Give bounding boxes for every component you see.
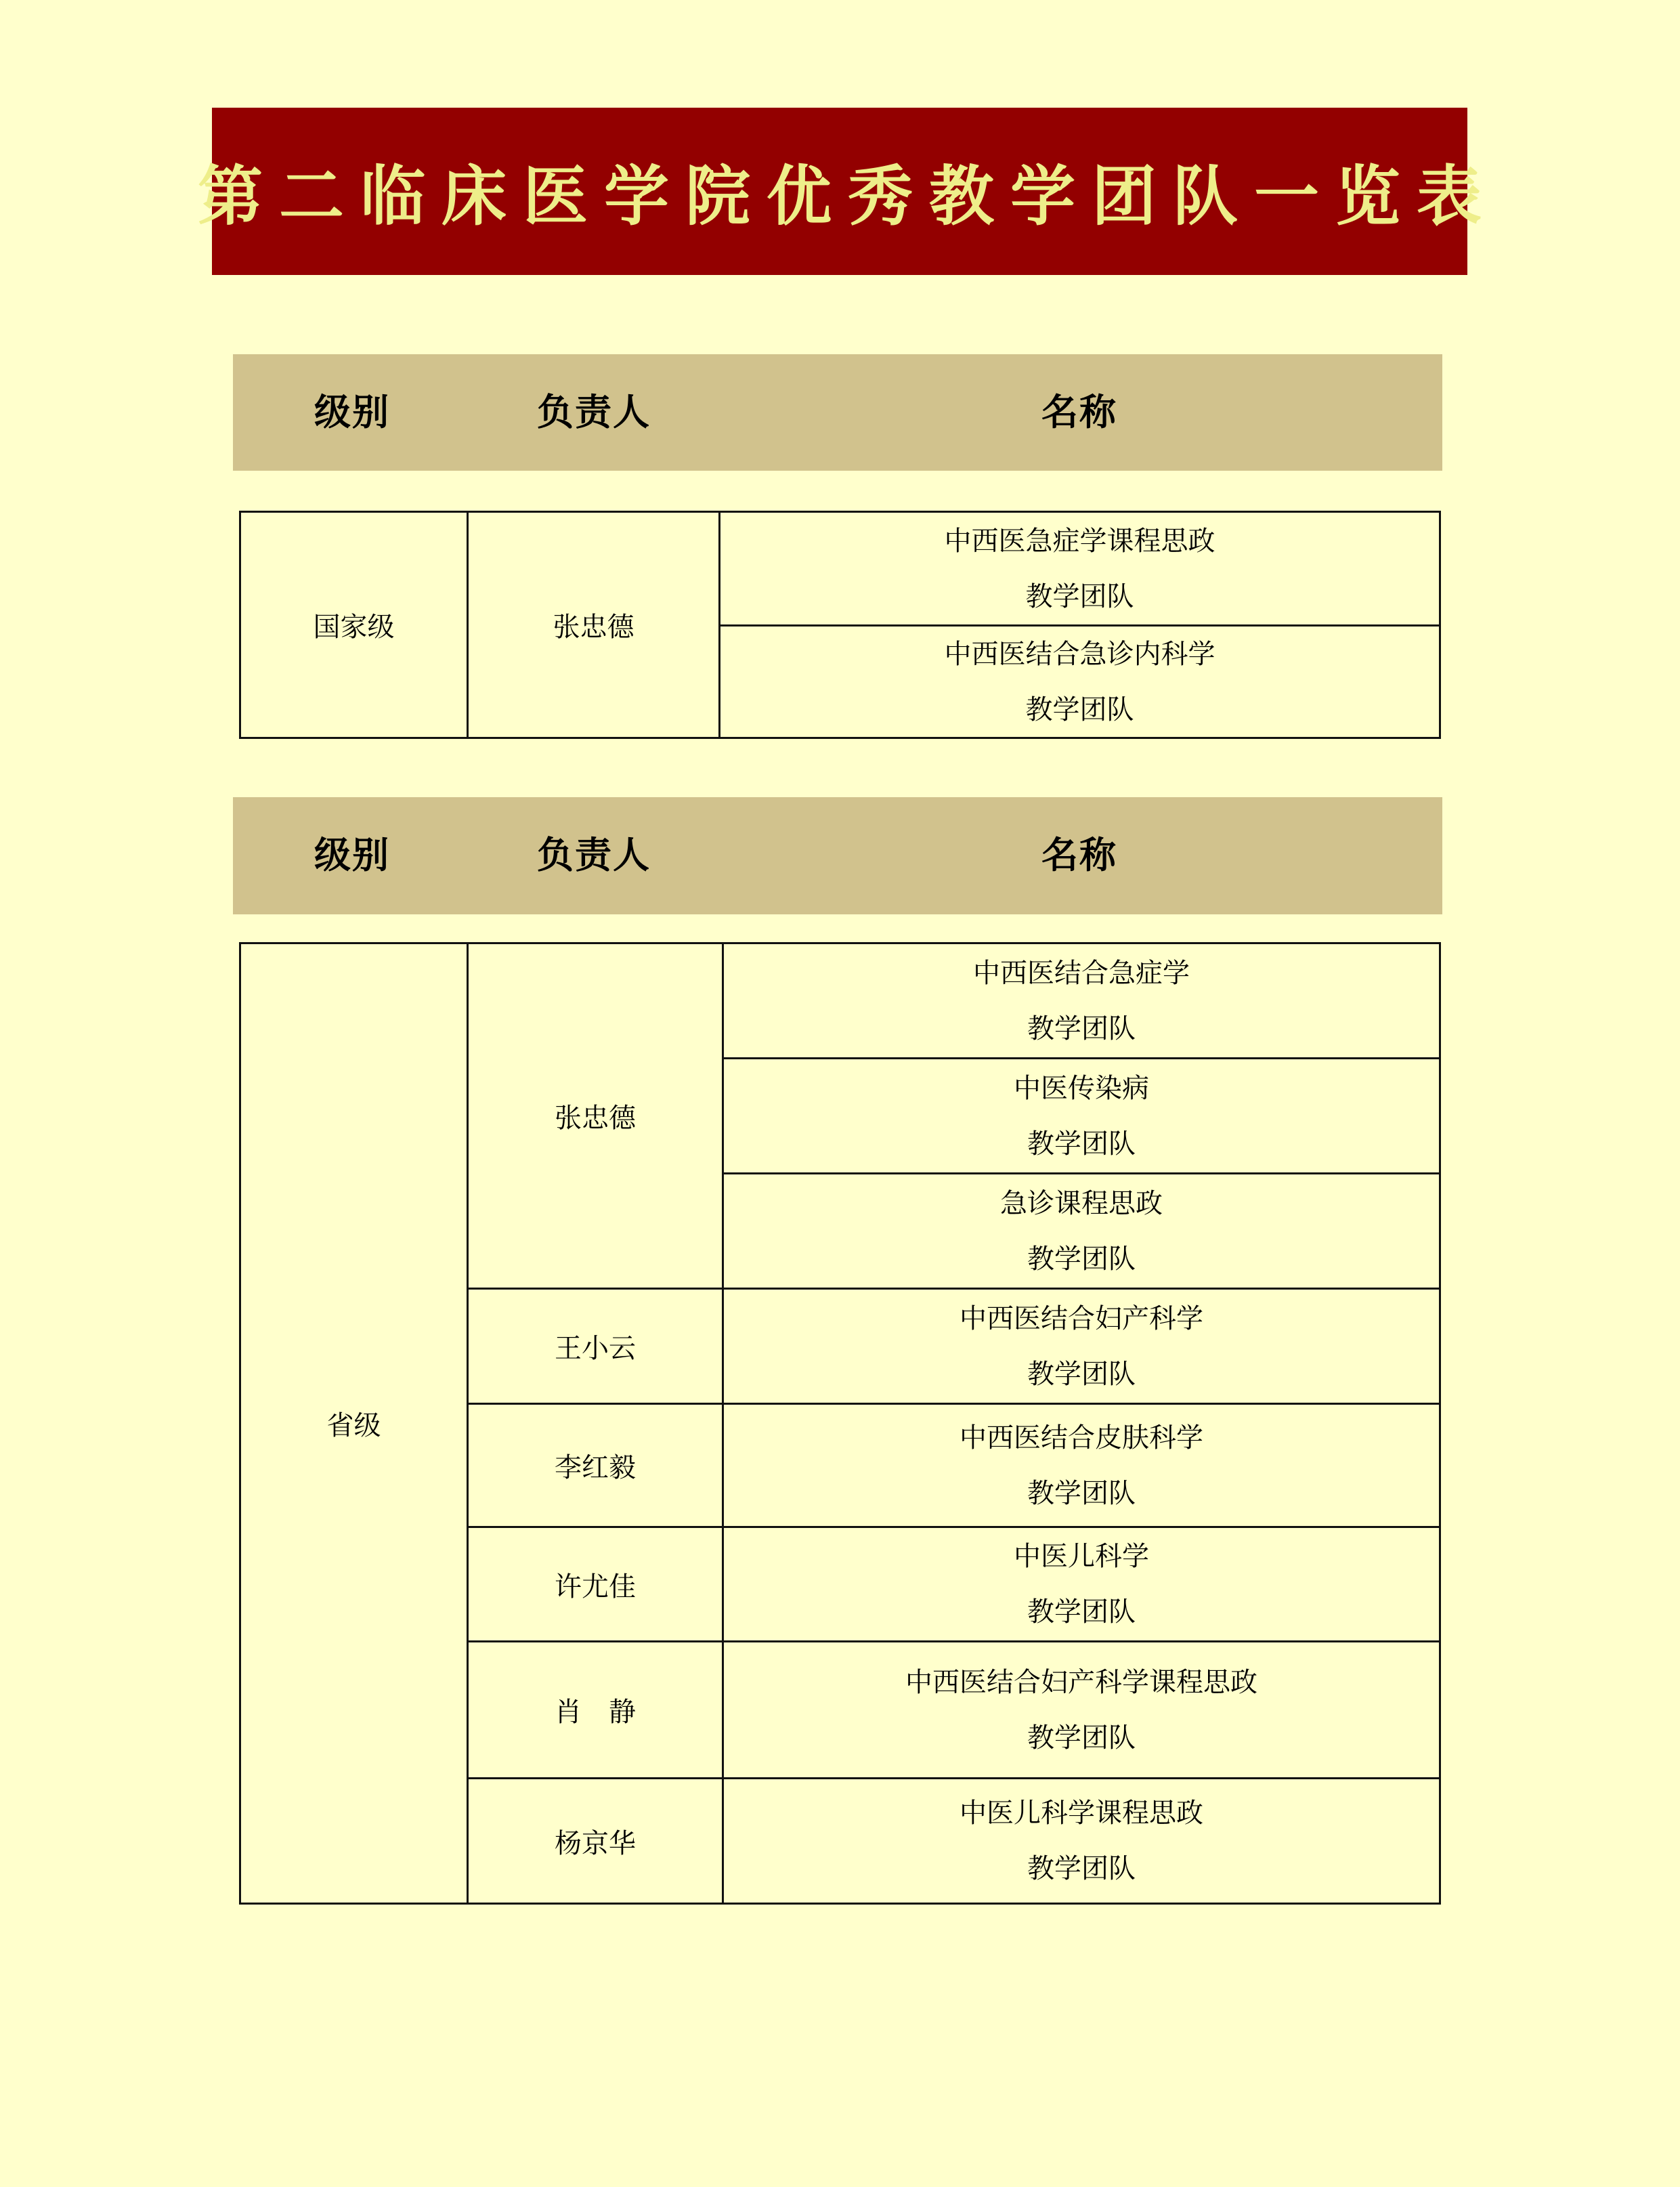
team-suffix: 教学团队 bbox=[1027, 1584, 1136, 1640]
header-name: 名称 bbox=[1041, 797, 1117, 914]
leader-name: 李红毅 bbox=[555, 1446, 636, 1485]
title-banner: 第二临床医学院优秀教学团队一览表 bbox=[212, 108, 1467, 275]
leader-cell: 肖 静 bbox=[469, 1642, 722, 1777]
level-text: 省级 bbox=[327, 1404, 381, 1443]
team-suffix: 教学团队 bbox=[1026, 569, 1134, 624]
leader-name: 肖 静 bbox=[555, 1691, 636, 1729]
team-name: 中医儿科学 bbox=[1014, 1529, 1149, 1584]
team-name: 中西医结合妇产科学 bbox=[960, 1291, 1203, 1346]
table-header-national: 级别 负责人 名称 bbox=[233, 354, 1442, 471]
leader-cell: 张忠德 bbox=[469, 944, 722, 1288]
team-cell: 中西医结合皮肤科学 教学团队 bbox=[724, 1405, 1439, 1526]
team-suffix: 教学团队 bbox=[1027, 1710, 1136, 1766]
page-title: 第二临床医学院优秀教学团队一览表 bbox=[198, 145, 1498, 238]
leader-cell: 王小云 bbox=[469, 1290, 722, 1403]
team-cell: 中西医结合急症学 教学团队 bbox=[724, 944, 1439, 1057]
team-name: 中西医结合皮肤科学 bbox=[960, 1410, 1203, 1466]
team-cell: 中西医急症学课程思政 教学团队 bbox=[720, 513, 1439, 624]
leader-cell: 杨京华 bbox=[469, 1779, 722, 1903]
team-name: 中西医结合妇产科学课程思政 bbox=[905, 1655, 1257, 1710]
team-suffix: 教学团队 bbox=[1026, 682, 1134, 738]
team-name: 中医传染病 bbox=[1014, 1061, 1149, 1116]
leader-name: 许尤佳 bbox=[555, 1565, 636, 1604]
team-suffix: 教学团队 bbox=[1027, 1841, 1136, 1896]
team-cell: 中西医结合妇产科学课程思政 教学团队 bbox=[724, 1642, 1439, 1777]
team-name: 中医儿科学课程思政 bbox=[960, 1785, 1203, 1841]
leader-cell: 许尤佳 bbox=[469, 1528, 722, 1640]
level-cell: 省级 bbox=[241, 944, 467, 1903]
level-text: 国家级 bbox=[314, 606, 395, 644]
leader-name: 张忠德 bbox=[555, 1097, 636, 1135]
team-suffix: 教学团队 bbox=[1027, 1466, 1136, 1521]
team-suffix: 教学团队 bbox=[1027, 1116, 1136, 1172]
leader-cell: 李红毅 bbox=[469, 1405, 722, 1526]
header-level: 级别 bbox=[314, 797, 390, 914]
team-suffix: 教学团队 bbox=[1027, 1346, 1136, 1402]
team-cell: 中医传染病 教学团队 bbox=[724, 1059, 1439, 1172]
team-cell: 急诊课程思政 教学团队 bbox=[724, 1174, 1439, 1288]
team-name: 中西医急症学课程思政 bbox=[945, 513, 1215, 569]
table-header-provincial: 级别 负责人 名称 bbox=[233, 797, 1442, 914]
team-name: 急诊课程思政 bbox=[1000, 1176, 1163, 1231]
leader-name: 杨京华 bbox=[555, 1822, 636, 1861]
team-cell: 中西医结合急诊内科学 教学团队 bbox=[720, 627, 1439, 737]
header-name: 名称 bbox=[1041, 354, 1117, 471]
national-table: 国家级 张忠德 中西医急症学课程思政 教学团队 中西医结合急诊内科学 教学团队 bbox=[239, 511, 1441, 739]
leader-name: 王小云 bbox=[555, 1327, 636, 1365]
header-leader: 负责人 bbox=[537, 354, 651, 471]
team-name: 中西医结合急症学 bbox=[973, 946, 1190, 1001]
header-leader: 负责人 bbox=[537, 797, 651, 914]
leader-name: 张忠德 bbox=[553, 606, 634, 644]
header-level: 级别 bbox=[314, 354, 390, 471]
team-suffix: 教学团队 bbox=[1027, 1001, 1136, 1057]
leader-cell: 张忠德 bbox=[469, 513, 718, 737]
team-cell: 中医儿科学 教学团队 bbox=[724, 1528, 1439, 1640]
team-cell: 中西医结合妇产科学 教学团队 bbox=[724, 1290, 1439, 1403]
level-cell: 国家级 bbox=[241, 513, 467, 737]
team-suffix: 教学团队 bbox=[1027, 1231, 1136, 1287]
provincial-table: 省级 张忠德 中西医结合急症学 教学团队 中医传染病 教学团队 急诊课程思政 教… bbox=[239, 942, 1441, 1905]
team-cell: 中医儿科学课程思政 教学团队 bbox=[724, 1779, 1439, 1903]
team-name: 中西医结合急诊内科学 bbox=[945, 627, 1215, 682]
